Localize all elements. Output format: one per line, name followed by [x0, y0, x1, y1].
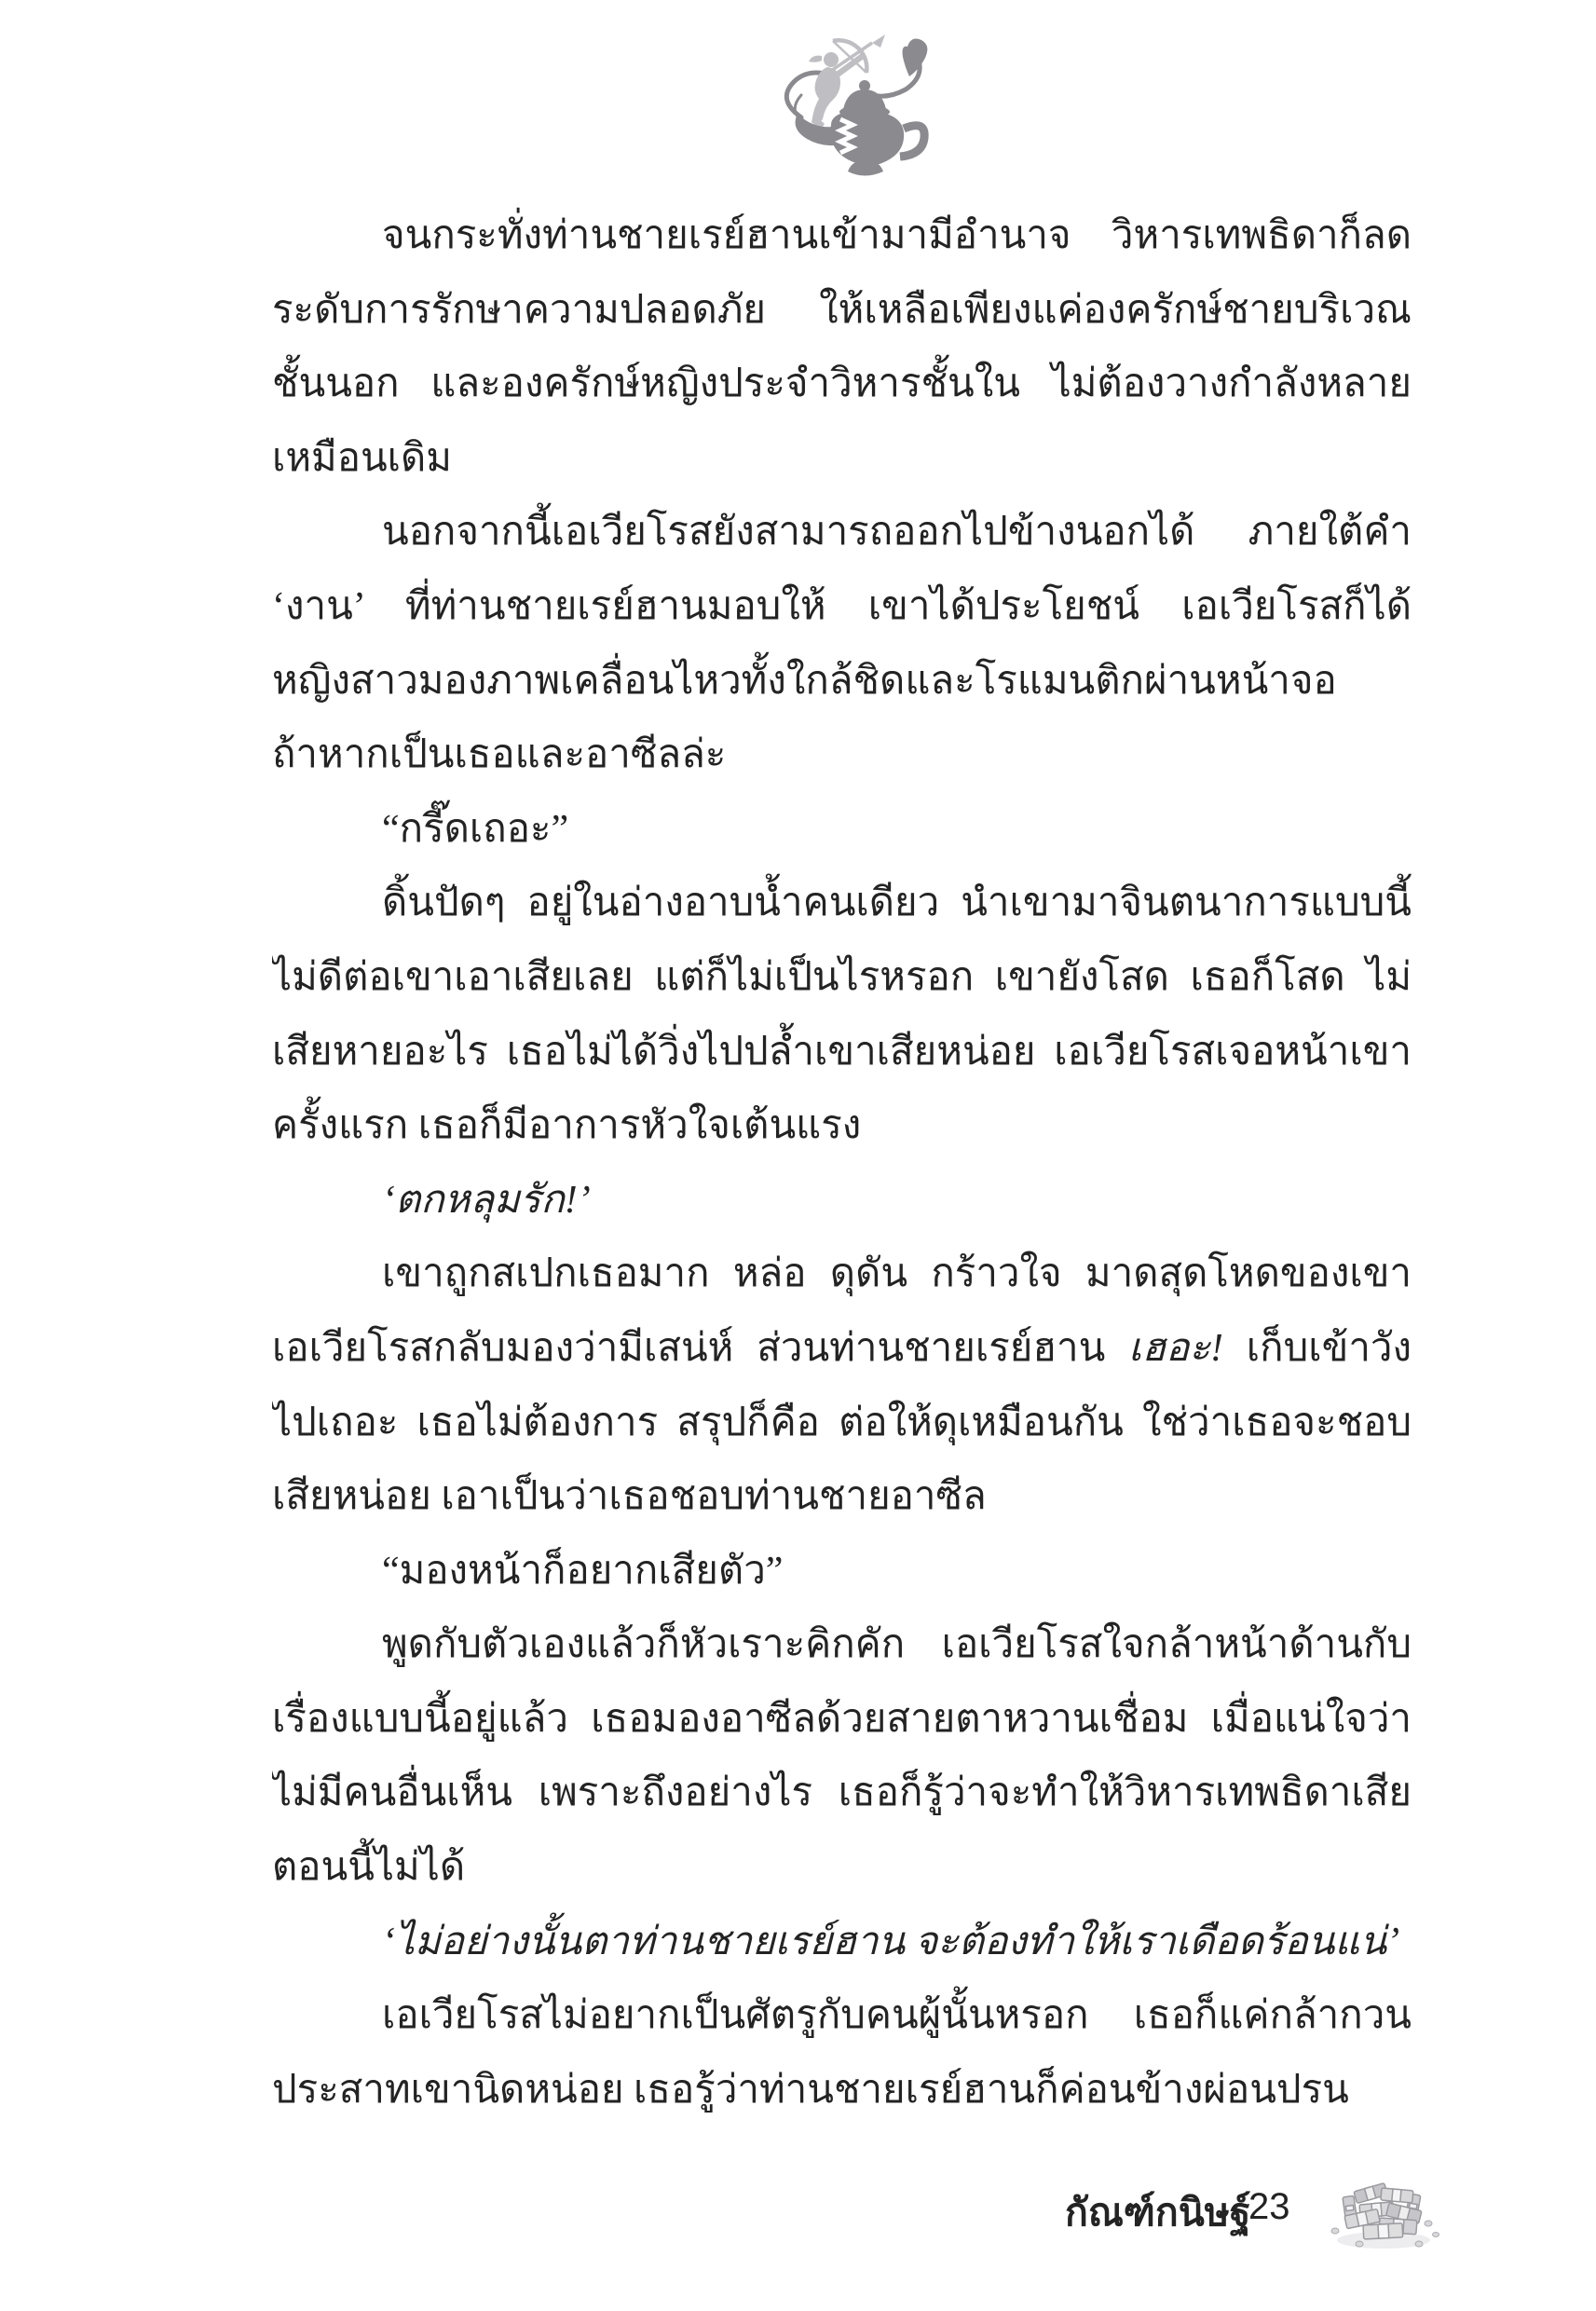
text-segment: ไปเถอะ เธอไม่ต้องการ สรุปก็คือ ต่อให้ดุเ… — [272, 1402, 1412, 1444]
text-segment: ไม่มีคนอื่นเห็น เพราะถึงอย่างไร เธอก็รู้… — [272, 1771, 1412, 1831]
text-line: ประสาทเขานิดหน่อย เธอรู้ว่าท่านชายเรย์ฮา… — [272, 2054, 1412, 2128]
text-line: เสียหายอะไร เธอไม่ได้วิ่งไปปล้ำเขาเสียหน… — [272, 1016, 1412, 1090]
text-segment: เสียหน่อย เอาเป็นว่าเธอชอบท่านชายอาซีล — [272, 1475, 987, 1518]
text-segment: เหมือนเดิม — [272, 437, 452, 480]
text-line: ‘ตกหลุมรัก!’ — [272, 1164, 1412, 1238]
text-line: ‘ไม่อย่างนั้นตาท่านชายเรย์ฮาน จะต้องทำให… — [272, 1906, 1412, 1980]
text-segment: จนกระทั่งท่านชายเรย์ฮานเข้ามามีอำนาจ วิห… — [382, 214, 1412, 257]
text-segment: ประสาทเขานิดหน่อย เธอรู้ว่าท่านชายเรย์ฮา… — [272, 2069, 1349, 2112]
text-segment: พูดกับตัวเองแล้วก็หัวเราะคิกคัก เอเวียโร… — [382, 1623, 1412, 1666]
text-line: เหมือนเดิม — [272, 422, 1412, 497]
money-pile-icon — [1328, 2169, 1441, 2263]
text-line: ไปเถอะ เธอไม่ต้องการ สรุปก็คือ ต่อให้ดุเ… — [272, 1387, 1412, 1461]
text-line: เอเวียโรสไม่อยากเป็นศัตรูกับคนผู้นั้นหรอ… — [272, 1979, 1412, 2054]
text-line: เอเวียโรสกลับมองว่ามีเสน่ห์ ส่วนท่านชายเ… — [272, 1312, 1412, 1387]
text-line: ชั้นนอก และองครักษ์หญิงประจำวิหารชั้นใน … — [272, 348, 1412, 422]
page-footer: กัณฑ์กนิษฐ์ 23 — [0, 2169, 1596, 2272]
text-segment: เขาถูกสเปกเธอมาก หล่อ ดุดัน กร้าวใจ มาดส… — [382, 1252, 1412, 1295]
text-line: ระดับการรักษาความปลอดภัย ให้เหลือเพียงแค… — [272, 274, 1412, 349]
text-segment-italic: ‘ไม่อย่างนั้นตาท่านชายเรย์ฮาน จะต้องทำให… — [382, 1921, 1399, 1963]
lamp-cupid-ornament-icon — [773, 24, 946, 181]
text-segment: เอเวียโรสกลับมองว่ามีเสน่ห์ ส่วนท่านชายเ… — [272, 1327, 1128, 1370]
text-line: หญิงสาวมองภาพเคลื่อนไหวทั้งใกล้ชิดและโรแ… — [272, 645, 1412, 719]
text-segment: เรื่องแบบนี้อยู่แล้ว เธอมองอาซีลด้วยสายต… — [272, 1698, 1412, 1741]
text-line: จนกระทั่งท่านชายเรย์ฮานเข้ามามีอำนาจ วิห… — [272, 199, 1412, 274]
text-segment: ชั้นนอก และองครักษ์หญิงประจำวิหารชั้นใน … — [272, 362, 1412, 422]
text-line: นอกจากนี้เอเวียโรสยังสามารถออกไปข้างนอกไ… — [272, 496, 1412, 570]
text-line: ดิ้นปัดๆ อยู่ในอ่างอาบน้ำคนเดียว นำเขามา… — [272, 867, 1412, 941]
text-segment-italic: ‘ตกหลุมรัก!’ — [382, 1179, 591, 1222]
text-line: ไม่ดีต่อเขาเอาเสียเลย แต่ก็ไม่เป็นไรหรอก… — [272, 941, 1412, 1016]
text-line: ‘งาน’ ที่ท่านชายเรย์ฮานมอบให้ เขาได้ประโ… — [272, 570, 1412, 645]
text-segment: ถ้าหากเป็นเธอและอาซีลล่ะ — [272, 733, 726, 776]
text-segment: เสียหายอะไร เธอไม่ได้วิ่งไปปล้ำเขาเสียหน… — [272, 1031, 1412, 1073]
text-line: “มองหน้าก็อยากเสียตัว” — [272, 1535, 1412, 1609]
text-segment: หญิงสาวมองภาพเคลื่อนไหวทั้งใกล้ชิดและโรแ… — [272, 660, 1337, 703]
text-line: ครั้งแรก เธอก็มีอาการหัวใจเต้นแรง — [272, 1089, 1412, 1164]
text-segment: ‘งาน’ ที่ท่านชายเรย์ฮานมอบให้ เขาได้ประโ… — [272, 585, 1412, 645]
text-segment-italic: เฮอะ! — [1128, 1327, 1223, 1370]
text-segment: เก็บเข้าวัง — [1223, 1327, 1412, 1370]
book-page: จนกระทั่งท่านชายเรย์ฮานเข้ามามีอำนาจ วิห… — [0, 0, 1596, 2311]
text-line: เรื่องแบบนี้อยู่แล้ว เธอมองอาซีลด้วยสายต… — [272, 1683, 1412, 1757]
text-segment: “กรี๊ดเถอะ” — [382, 808, 568, 851]
text-segment: ดิ้นปัดๆ อยู่ในอ่างอาบน้ำคนเดียว นำเขามา… — [382, 882, 1412, 924]
text-segment: เอเวียโรสไม่อยากเป็นศัตรูกับคนผู้นั้นหรอ… — [382, 1994, 1412, 2037]
text-segment: ระดับการรักษาความปลอดภัย ให้เหลือเพียงแค… — [272, 289, 1412, 332]
text-segment: “มองหน้าก็อยากเสียตัว” — [382, 1550, 783, 1593]
text-line: เสียหน่อย เอาเป็นว่าเธอชอบท่านชายอาซีล — [272, 1460, 1412, 1535]
text-segment: ไม่ดีต่อเขาเอาเสียเลย แต่ก็ไม่เป็นไรหรอก… — [272, 956, 1412, 1016]
footer-page-number: 23 — [1248, 2186, 1290, 2228]
body-text: จนกระทั่งท่านชายเรย์ฮานเข้ามามีอำนาจ วิห… — [272, 199, 1412, 2127]
footer-book-title: กัณฑ์กนิษฐ์ — [1065, 2182, 1250, 2243]
text-segment: นอกจากนี้เอเวียโรสยังสามารถออกไปข้างนอกไ… — [382, 511, 1412, 570]
text-segment: ตอนนี้ไม่ได้ — [272, 1846, 465, 1889]
text-line: “กรี๊ดเถอะ” — [272, 793, 1412, 868]
text-line: ไม่มีคนอื่นเห็น เพราะถึงอย่างไร เธอก็รู้… — [272, 1757, 1412, 1831]
text-line: ถ้าหากเป็นเธอและอาซีลล่ะ — [272, 718, 1412, 793]
text-line: พูดกับตัวเองแล้วก็หัวเราะคิกคัก เอเวียโร… — [272, 1608, 1412, 1683]
text-line: เขาถูกสเปกเธอมาก หล่อ ดุดัน กร้าวใจ มาดส… — [272, 1238, 1412, 1312]
text-segment: ครั้งแรก เธอก็มีอาการหัวใจเต้นแรง — [272, 1104, 861, 1147]
text-line: ตอนนี้ไม่ได้ — [272, 1831, 1412, 1906]
